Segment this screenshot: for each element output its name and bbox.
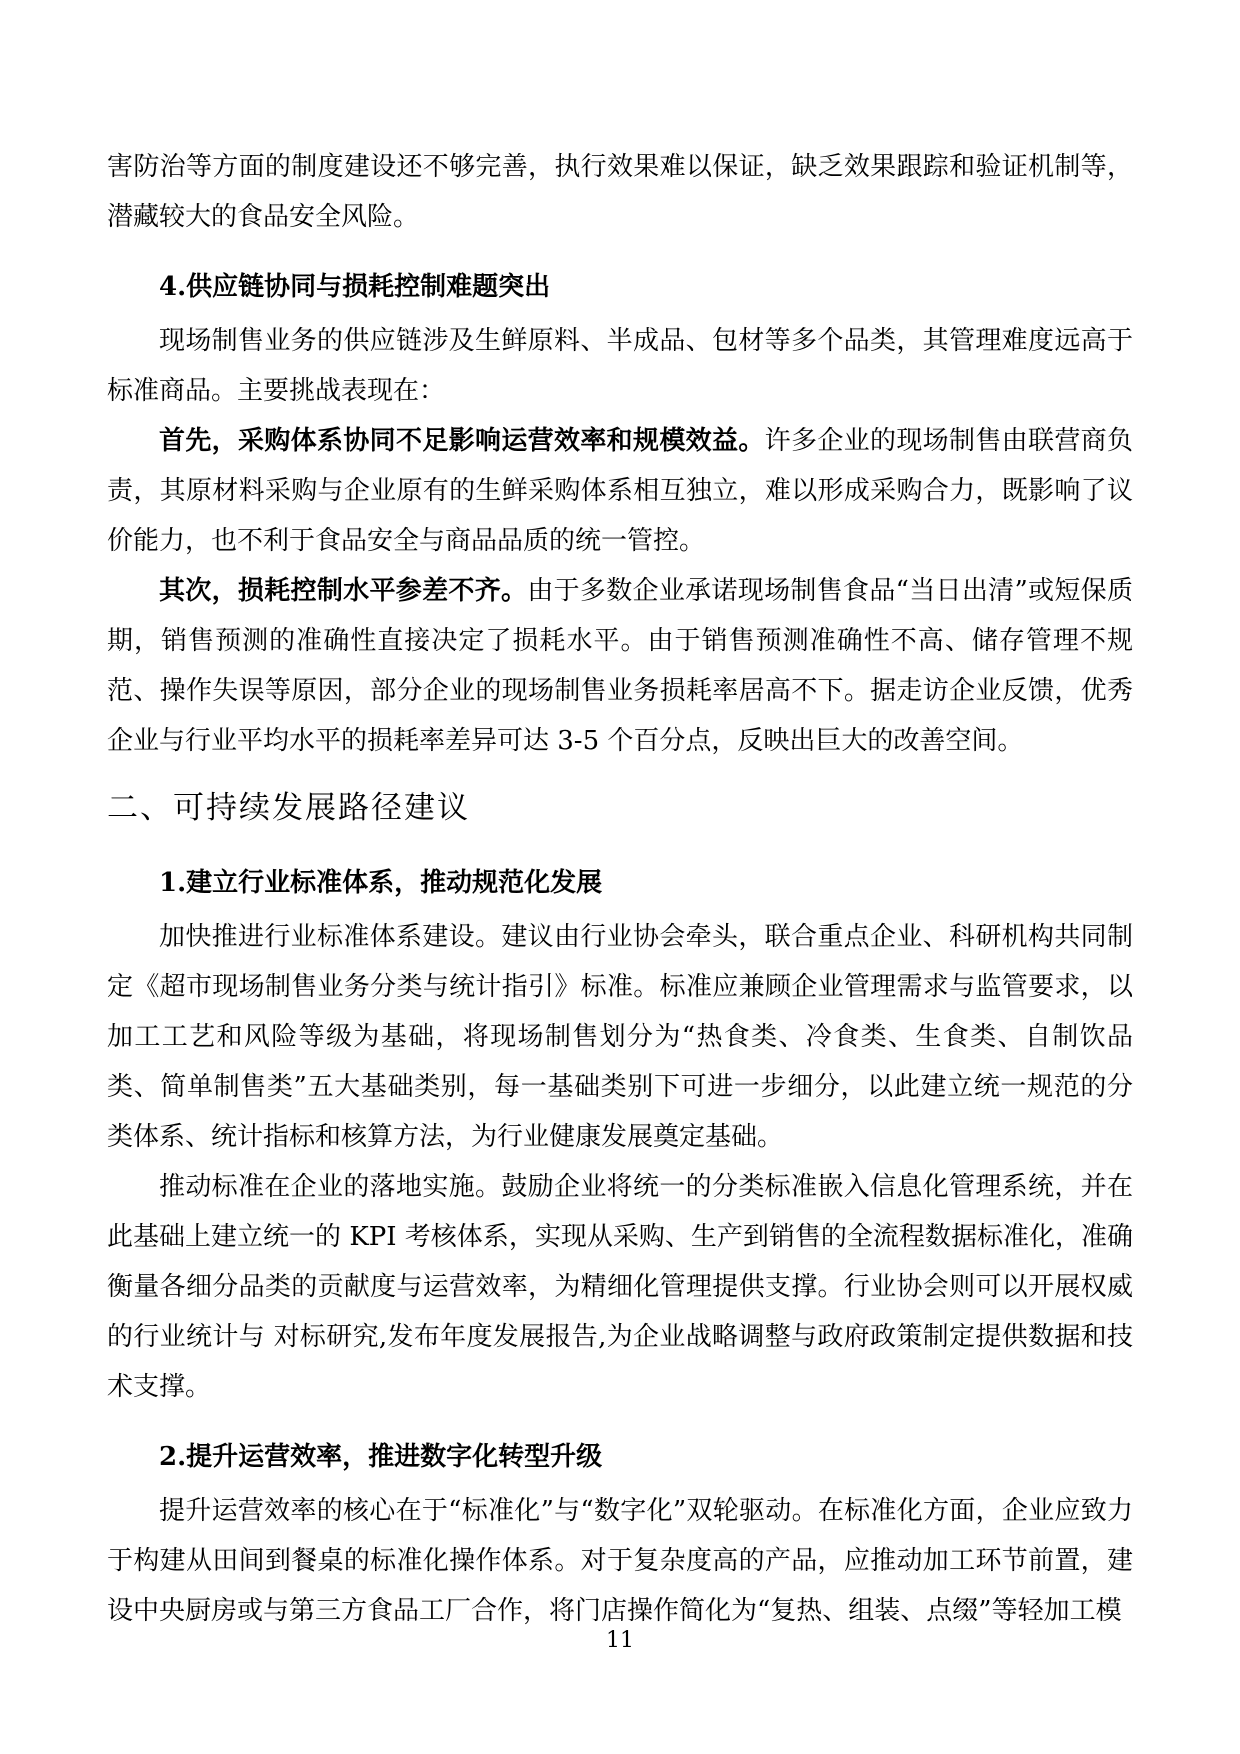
document-page: 害防治等方面的制度建设还不够完善，执行效果难以保证，缺乏效果跟踪和验证机制等，潜…: [0, 0, 1240, 1754]
paragraph: 加快推进行业标准体系建设。建议由行业协会牵头，联合重点企业、科研机构共同制定《超…: [107, 912, 1133, 1162]
paragraph: 推动标准在企业的落地实施。鼓励企业将统一的分类标准嵌入信息化管理系统，并在此基础…: [107, 1162, 1133, 1412]
paragraph-continuation: 害防治等方面的制度建设还不够完善，执行效果难以保证，缺乏效果跟踪和验证机制等，潜…: [107, 142, 1133, 242]
paragraph: 提升运营效率的核心在于“标准化”与“数字化”双轮驱动。在标准化方面，企业应致力于…: [107, 1486, 1133, 1636]
subsection-heading-2: 2.提升运营效率，推进数字化转型升级: [107, 1432, 1133, 1482]
paragraph: 其次，损耗控制水平参差不齐。由于多数企业承诺现场制售食品“当日出清”或短保质期，…: [107, 566, 1133, 766]
page-number: 11: [0, 1626, 1240, 1656]
subsection-heading-4: 4.供应链协同与损耗控制难题突出: [107, 262, 1133, 312]
document-content: 害防治等方面的制度建设还不够完善，执行效果难以保证，缺乏效果跟踪和验证机制等，潜…: [107, 142, 1133, 1636]
section-heading-2: 二、可持续发展路径建议: [107, 778, 1133, 838]
subsection-heading-1: 1.建立行业标准体系，推动规范化发展: [107, 858, 1133, 908]
paragraph: 首先，采购体系协同不足影响运营效率和规模效益。许多企业的现场制售由联营商负责，其…: [107, 416, 1133, 566]
paragraph: 现场制售业务的供应链涉及生鲜原料、半成品、包材等多个品类，其管理难度远高于标准商…: [107, 316, 1133, 416]
paragraph-lead: 其次，损耗控制水平参差不齐。: [159, 576, 527, 606]
paragraph-lead: 首先，采购体系协同不足影响运营效率和规模效益。: [159, 426, 765, 456]
